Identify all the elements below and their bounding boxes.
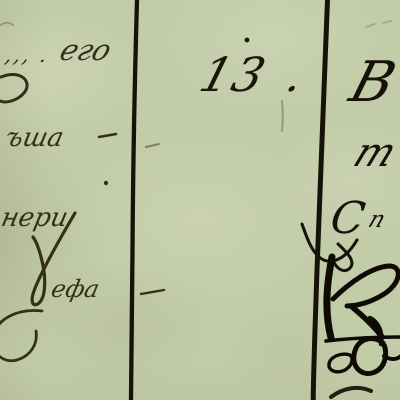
faint-edge-mark (366, 24, 375, 27)
entry-number: 13 (194, 48, 274, 103)
faint-edge-mark (383, 21, 391, 23)
scanned-ledger-page: ,,, . его ъша нери ефа 13 . В т С (0, 0, 400, 400)
right-line3-small: п (365, 206, 390, 233)
left-line3-word: нери (0, 203, 71, 233)
entry-number-period: . (281, 50, 310, 102)
flourish-oval-loop (0, 311, 42, 361)
paper-stain-mark (282, 101, 283, 131)
dash-stroke (99, 134, 116, 137)
dash-stroke (146, 144, 159, 147)
bottom-edge-stroke (331, 388, 371, 397)
left-line1-marks: ,,, . (3, 43, 53, 68)
left-line1-word: его (55, 34, 115, 68)
left-column-handwriting: ,,, . его ъша нери ефа (0, 23, 116, 361)
right-line1-word: В (342, 50, 400, 115)
signature-flourish (326, 257, 400, 397)
right-line2-word: т (347, 129, 400, 176)
center-column: 13 . (141, 38, 310, 294)
ink-dot (104, 181, 108, 185)
big-loop-tail (384, 356, 400, 359)
faint-edge-mark (1, 23, 13, 25)
left-column-rule (131, 0, 137, 400)
dash-stroke (141, 290, 164, 294)
handwriting-layer: ,,, . его ъша нери ефа 13 . В т С (0, 0, 400, 400)
open-curve-stroke (0, 75, 27, 102)
left-line4-word: ефа (49, 274, 102, 303)
left-line2-word: ъша (3, 123, 67, 153)
dot-above-digit (245, 38, 250, 43)
small-oval-letter (329, 354, 352, 372)
right-line3-initial: С (327, 193, 368, 244)
